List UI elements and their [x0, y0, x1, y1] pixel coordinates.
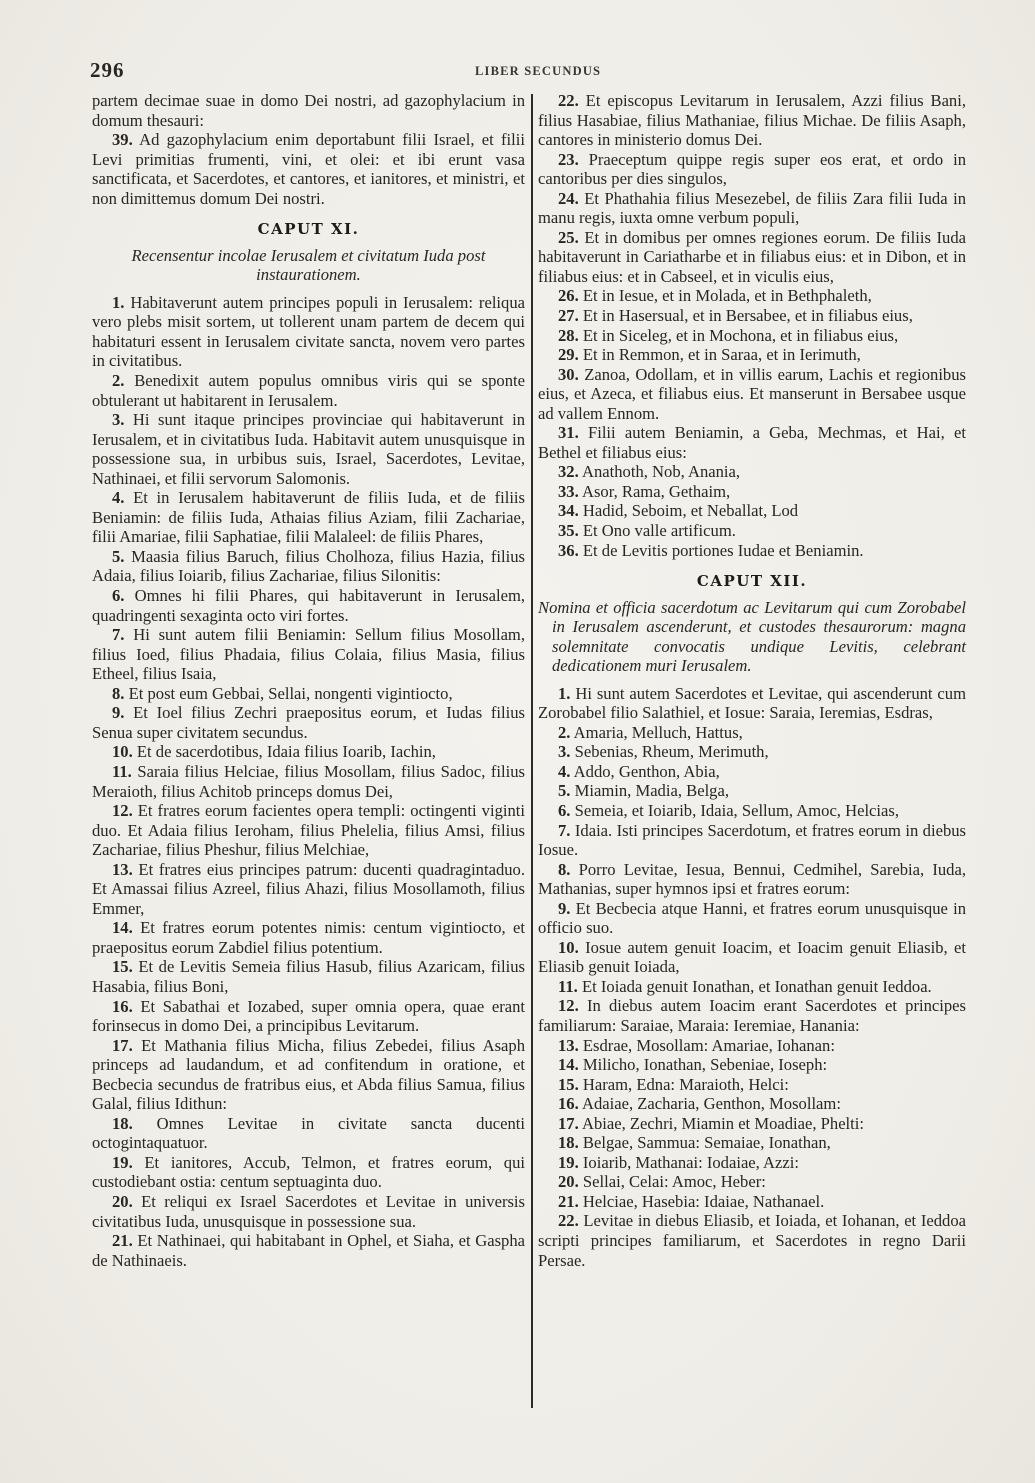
verse: 22. Et episcopus Levitarum in Ierusalem,… [538, 91, 966, 150]
verse-text: Iosue autem genuit Ioacim, et Ioacim gen… [538, 938, 966, 977]
verse: 8. Et post eum Gebbai, Sellai, nongenti … [92, 684, 525, 704]
verse-text: Haram, Edna: Maraioth, Helci: [579, 1075, 789, 1094]
verse-number: 10. [558, 938, 579, 957]
verse: 2. Benedixit autem populus omnibus viris… [92, 371, 525, 410]
verse-number: 4. [112, 488, 124, 507]
verse-number: 2. [112, 371, 124, 390]
verse-number: 29. [558, 345, 579, 364]
verse-number: 35. [558, 521, 579, 540]
verse: 2. Amaria, Melluch, Hattus, [538, 723, 966, 743]
verse-number: 31. [558, 423, 579, 442]
verse: 30. Zanoa, Odollam, et in villis earum, … [538, 365, 966, 424]
verse-number: 19. [112, 1153, 133, 1172]
verse-number: 14. [558, 1055, 579, 1074]
chapter-title: CAPUT XI. [92, 220, 525, 240]
verse: 1. Habitaverunt autem principes populi i… [92, 293, 525, 371]
verse-text: Sebenias, Rheum, Merimuth, [570, 742, 768, 761]
verse-number: 25. [558, 228, 579, 247]
verse-text: Milicho, Ionathan, Sebeniae, Ioseph: [579, 1055, 827, 1074]
verse-text: Ioiarib, Mathanai: Iodaiae, Azzi: [579, 1153, 799, 1172]
verse-text: Omnes hi filii Phares, qui habitaverunt … [92, 586, 525, 625]
verse: 7. Idaia. Isti principes Sacerdotum, et … [538, 821, 966, 860]
verse-list: 1. Habitaverunt autem principes populi i… [92, 293, 525, 1270]
verse-text: Et Sabathai et Iozabed, super omnia oper… [92, 997, 525, 1036]
verse-text: Saraia filius Helciae, filius Mosollam, … [92, 762, 525, 801]
verse: 18. Omnes Levitae in civitate sancta duc… [92, 1114, 525, 1153]
verse: 14. Et fratres eorum potentes nimis: cen… [92, 918, 525, 957]
verse: 26. Et in Iesue, et in Molada, et in Bet… [538, 286, 966, 306]
verse-text: Abiae, Zechri, Miamin et Moadiae, Phelti… [579, 1114, 864, 1133]
verse: 14. Milicho, Ionathan, Sebeniae, Ioseph: [538, 1055, 966, 1075]
verse-number: 36. [558, 541, 579, 560]
verse: 16. Adaiae, Zacharia, Genthon, Mosollam: [538, 1094, 966, 1114]
verse-number: 2. [558, 723, 570, 742]
verse-number: 7. [112, 625, 124, 644]
verse-text: Asor, Rama, Gethaim, [579, 482, 730, 501]
verse: 23. Praeceptum quippe regis super eos er… [538, 150, 966, 189]
verse-number: 8. [558, 860, 570, 879]
verse: 22. Levitae in diebus Eliasib, et Ioiada… [538, 1211, 966, 1270]
verse-text: Et in Iesue, et in Molada, et in Bethpha… [579, 286, 872, 305]
verse-text: Miamin, Madia, Belga, [570, 781, 729, 800]
verse-text: Et in Ierusalem habitaverunt de filiis I… [92, 488, 525, 546]
verse: 33. Asor, Rama, Gethaim, [538, 482, 966, 502]
verse-text: Et in Siceleg, et in Mochona, et in fili… [579, 326, 898, 345]
verse-number: 22. [558, 1211, 579, 1230]
verse-number: 33. [558, 482, 579, 501]
verse: 19. Ioiarib, Mathanai: Iodaiae, Azzi: [538, 1153, 966, 1173]
verse-text: Et post eum Gebbai, Sellai, nongenti vig… [124, 684, 452, 703]
verse-text: Et in Remmon, et in Saraa, et in Ierimut… [579, 345, 861, 364]
verse: 35. Et Ono valle artificum. [538, 521, 966, 541]
verse-text: Idaia. Isti principes Sacerdotum, et fra… [538, 821, 966, 860]
verse: 12. Et fratres eorum facientes opera tem… [92, 801, 525, 860]
verse: 15. Et de Levitis Semeia filius Hasub, f… [92, 957, 525, 996]
verse-number: 39. [112, 130, 133, 149]
chapter-title: CAPUT XII. [538, 572, 966, 592]
verse-text: Et de Levitis portiones Iudae et Beniami… [579, 541, 864, 560]
verse: 31. Filii autem Beniamin, a Geba, Mechma… [538, 423, 966, 462]
verse: 5. Miamin, Madia, Belga, [538, 781, 966, 801]
verse: 19. Et ianitores, Accub, Telmon, et frat… [92, 1153, 525, 1192]
verse-text: Belgae, Sammua: Semaiae, Ionathan, [579, 1133, 831, 1152]
verse: 5. Maasia filius Baruch, filius Cholhoza… [92, 547, 525, 586]
verse: 20. Sellai, Celai: Amoc, Heber: [538, 1172, 966, 1192]
verse-number: 26. [558, 286, 579, 305]
verse: 6. Omnes hi filii Phares, qui habitaveru… [92, 586, 525, 625]
verse-text: Addo, Genthon, Abia, [570, 762, 719, 781]
verse-number: 6. [112, 586, 124, 605]
right-column: 22. Et episcopus Levitarum in Ierusalem,… [538, 91, 966, 1270]
verse-number: 20. [558, 1172, 579, 1191]
verse-number: 27. [558, 306, 579, 325]
verse: 21. Helciae, Hasebia: Idaiae, Nathanael. [538, 1192, 966, 1212]
verse-number: 22. [558, 91, 579, 110]
verse-text: Anathoth, Nob, Anania, [579, 462, 740, 481]
verse-text: Et fratres eius principes patrum: ducent… [92, 860, 525, 918]
verse: 11. Saraia filius Helciae, filius Mosoll… [92, 762, 525, 801]
verse: 13. Esdrae, Mosollam: Amariae, Iohanan: [538, 1036, 966, 1056]
verse: 3. Sebenias, Rheum, Merimuth, [538, 742, 966, 762]
verse-number: 15. [558, 1075, 579, 1094]
verse-number: 9. [558, 899, 570, 918]
column-divider [531, 94, 533, 1408]
verse: 34. Hadid, Seboim, et Neballat, Lod [538, 501, 966, 521]
verse-number: 23. [558, 150, 579, 169]
verse-number: 34. [558, 501, 579, 520]
verse-number: 6. [558, 801, 570, 820]
verse-number: 15. [112, 957, 133, 976]
verse: 21. Et Nathinaei, qui habitabant in Ophe… [92, 1231, 525, 1270]
verse: 1. Hi sunt autem Sacerdotes et Levitae, … [538, 684, 966, 723]
verse-text: Et fratres eorum facientes opera templi:… [92, 801, 525, 859]
verse-text: Levitae in diebus Eliasib, et Ioiada, et… [538, 1211, 966, 1269]
verse-text: Helciae, Hasebia: Idaiae, Nathanael. [579, 1192, 825, 1211]
verse: 3. Hi sunt itaque principes provinciae q… [92, 410, 525, 488]
verse-text: Hadid, Seboim, et Neballat, Lod [579, 501, 798, 520]
verse: 36. Et de Levitis portiones Iudae et Ben… [538, 541, 966, 561]
chapter-summary: Recensentur incolae Ierusalem et civitat… [92, 246, 525, 285]
verse-list: 22. Et episcopus Levitarum in Ierusalem,… [538, 91, 966, 560]
verse-number: 3. [112, 410, 124, 429]
verse: 15. Haram, Edna: Maraioth, Helci: [538, 1075, 966, 1095]
verse-number: 28. [558, 326, 579, 345]
verse-text: Porro Levitae, Iesua, Bennui, Cedmihel, … [538, 860, 966, 899]
verse-text: Et Ono valle artificum. [579, 521, 736, 540]
verse: 16. Et Sabathai et Iozabed, super omnia … [92, 997, 525, 1036]
verse-text: Et ianitores, Accub, Telmon, et fratres … [92, 1153, 525, 1192]
verse-number: 13. [112, 860, 133, 879]
verse-number: 8. [112, 684, 124, 703]
verse-text: Et Becbecia atque Hanni, et fratres eoru… [538, 899, 966, 938]
verse-number: 12. [558, 996, 579, 1015]
verse: 7. Hi sunt autem filii Beniamin: Sellum … [92, 625, 525, 684]
verse: 20. Et reliqui ex Israel Sacerdotes et L… [92, 1192, 525, 1231]
verse-text: Adaiae, Zacharia, Genthon, Mosollam: [579, 1094, 841, 1113]
verse-number: 17. [558, 1114, 579, 1133]
verse-text: Et fratres eorum potentes nimis: centum … [92, 918, 525, 957]
verse-number: 12. [112, 801, 133, 820]
verse-text: Et de Levitis Semeia filius Hasub, filiu… [92, 957, 525, 996]
verse-text: Amaria, Melluch, Hattus, [570, 723, 742, 742]
verse-number: 30. [558, 365, 579, 384]
verse-number: 5. [558, 781, 570, 800]
left-column: partem decimae suae in domo Dei nostri, … [92, 91, 525, 1270]
book-page: 296 LIBER SECUNDUS partem decimae suae i… [0, 0, 1035, 1483]
verse-text: Omnes Levitae in civitate sancta ducenti… [92, 1114, 525, 1153]
verse-number: 24. [558, 189, 579, 208]
verse-text: Maasia filius Baruch, filius Cholhoza, f… [92, 547, 525, 586]
verse-number: 21. [112, 1231, 133, 1250]
verse-number: 5. [112, 547, 124, 566]
continuation-text: partem decimae suae in domo Dei nostri, … [92, 91, 525, 130]
verse: 10. Iosue autem genuit Ioacim, et Ioacim… [538, 938, 966, 977]
verse: 4. Et in Ierusalem habitaverunt de filii… [92, 488, 525, 547]
verse-text: Hi sunt autem filii Beniamin: Sellum fil… [92, 625, 525, 683]
verse-text: Et in Hasersual, et in Bersabee, et in f… [579, 306, 913, 325]
verse-number: 32. [558, 462, 579, 481]
verse: 28. Et in Siceleg, et in Mochona, et in … [538, 326, 966, 346]
verse-number: 11. [558, 977, 578, 996]
verse-number: 3. [558, 742, 570, 761]
page-number: 296 [90, 58, 125, 83]
verse: 17. Abiae, Zechri, Miamin et Moadiae, Ph… [538, 1114, 966, 1134]
verse-number: 19. [558, 1153, 579, 1172]
verse-number: 10. [112, 742, 133, 761]
verse: 18. Belgae, Sammua: Semaiae, Ionathan, [538, 1133, 966, 1153]
verse-text: Praeceptum quippe regis super eos erat, … [538, 150, 966, 189]
verse-number: 13. [558, 1036, 579, 1055]
verse-text: Hi sunt autem Sacerdotes et Levitae, qui… [538, 684, 966, 723]
verse: 25. Et in domibus per omnes regiones eor… [538, 228, 966, 287]
verse-number: 1. [112, 293, 124, 312]
verse: 24. Et Phathahia filius Mesezebel, de fi… [538, 189, 966, 228]
verse-text: Ad gazophylacium enim deportabunt filii … [92, 130, 525, 208]
verse-number: 11. [112, 762, 132, 781]
page-header: 296 LIBER SECUNDUS [90, 58, 965, 84]
verse-number: 9. [112, 703, 124, 722]
verse-text: Et in domibus per omnes regiones eorum. … [538, 228, 966, 286]
verse: 32. Anathoth, Nob, Anania, [538, 462, 966, 482]
verse: 17. Et Mathania filius Micha, filius Zeb… [92, 1036, 525, 1114]
verse-number: 14. [112, 918, 133, 937]
verse-text: Hi sunt itaque principes provinciae qui … [92, 410, 525, 488]
verse: 11. Et Ioiada genuit Ionathan, et Ionath… [538, 977, 966, 997]
verse: 8. Porro Levitae, Iesua, Bennui, Cedmihe… [538, 860, 966, 899]
verse: 39. Ad gazophylacium enim deportabunt fi… [92, 130, 525, 208]
verse-number: 4. [558, 762, 570, 781]
verse-list: 1. Hi sunt autem Sacerdotes et Levitae, … [538, 684, 966, 1270]
verse-number: 20. [112, 1192, 133, 1211]
verse: 9. Et Ioel filius Zechri praepositus eor… [92, 703, 525, 742]
verse: 29. Et in Remmon, et in Saraa, et in Ier… [538, 345, 966, 365]
verse-text: Et Ioel filius Zechri praepositus eorum,… [92, 703, 525, 742]
verse: 6. Semeia, et Ioiarib, Idaia, Sellum, Am… [538, 801, 966, 821]
verse-text: Et Phathahia filius Mesezebel, de filiis… [538, 189, 966, 228]
verse: 12. In diebus autem Ioacim erant Sacerdo… [538, 996, 966, 1035]
verse-text: Sellai, Celai: Amoc, Heber: [579, 1172, 766, 1191]
verse-text: Habitaverunt autem principes populi in I… [92, 293, 525, 371]
running-head: LIBER SECUNDUS [475, 64, 601, 79]
verse: 10. Et de sacerdotibus, Idaia filius Ioa… [92, 742, 525, 762]
verse-text: Semeia, et Ioiarib, Idaia, Sellum, Amoc,… [570, 801, 899, 820]
verse: 13. Et fratres eius principes patrum: du… [92, 860, 525, 919]
verse-number: 21. [558, 1192, 579, 1211]
verse-text: Et Mathania filius Micha, filius Zebedei… [92, 1036, 525, 1114]
verse-text: Benedixit autem populus omnibus viris qu… [92, 371, 525, 410]
verse: 4. Addo, Genthon, Abia, [538, 762, 966, 782]
verse-text: Et Ioiada genuit Ionathan, et Ionathan g… [578, 977, 932, 996]
verse-number: 18. [558, 1133, 579, 1152]
verse-number: 17. [112, 1036, 133, 1055]
verse-text: Zanoa, Odollam, et in villis earum, Lach… [538, 365, 966, 423]
verse-text: Et de sacerdotibus, Idaia filius Ioarib,… [133, 742, 436, 761]
verse-text: In diebus autem Ioacim erant Sacerdotes … [538, 996, 966, 1035]
verse-number: 18. [112, 1114, 133, 1133]
verse-number: 16. [112, 997, 133, 1016]
verse-text: Filii autem Beniamin, a Geba, Mechmas, e… [538, 423, 966, 462]
verse-text: Et reliqui ex Israel Sacerdotes et Levit… [92, 1192, 525, 1231]
verse-text: Et episcopus Levitarum in Ierusalem, Azz… [538, 91, 966, 149]
verse-text: Esdrae, Mosollam: Amariae, Iohanan: [579, 1036, 835, 1055]
verse-text: Et Nathinaei, qui habitabant in Ophel, e… [92, 1231, 525, 1270]
verse-number: 16. [558, 1094, 579, 1113]
chapter-summary: Nomina et officia sacerdotum ac Levitaru… [552, 598, 966, 676]
verse-number: 1. [558, 684, 570, 703]
verse: 9. Et Becbecia atque Hanni, et fratres e… [538, 899, 966, 938]
verse-number: 7. [558, 821, 570, 840]
verse: 27. Et in Hasersual, et in Bersabee, et … [538, 306, 966, 326]
